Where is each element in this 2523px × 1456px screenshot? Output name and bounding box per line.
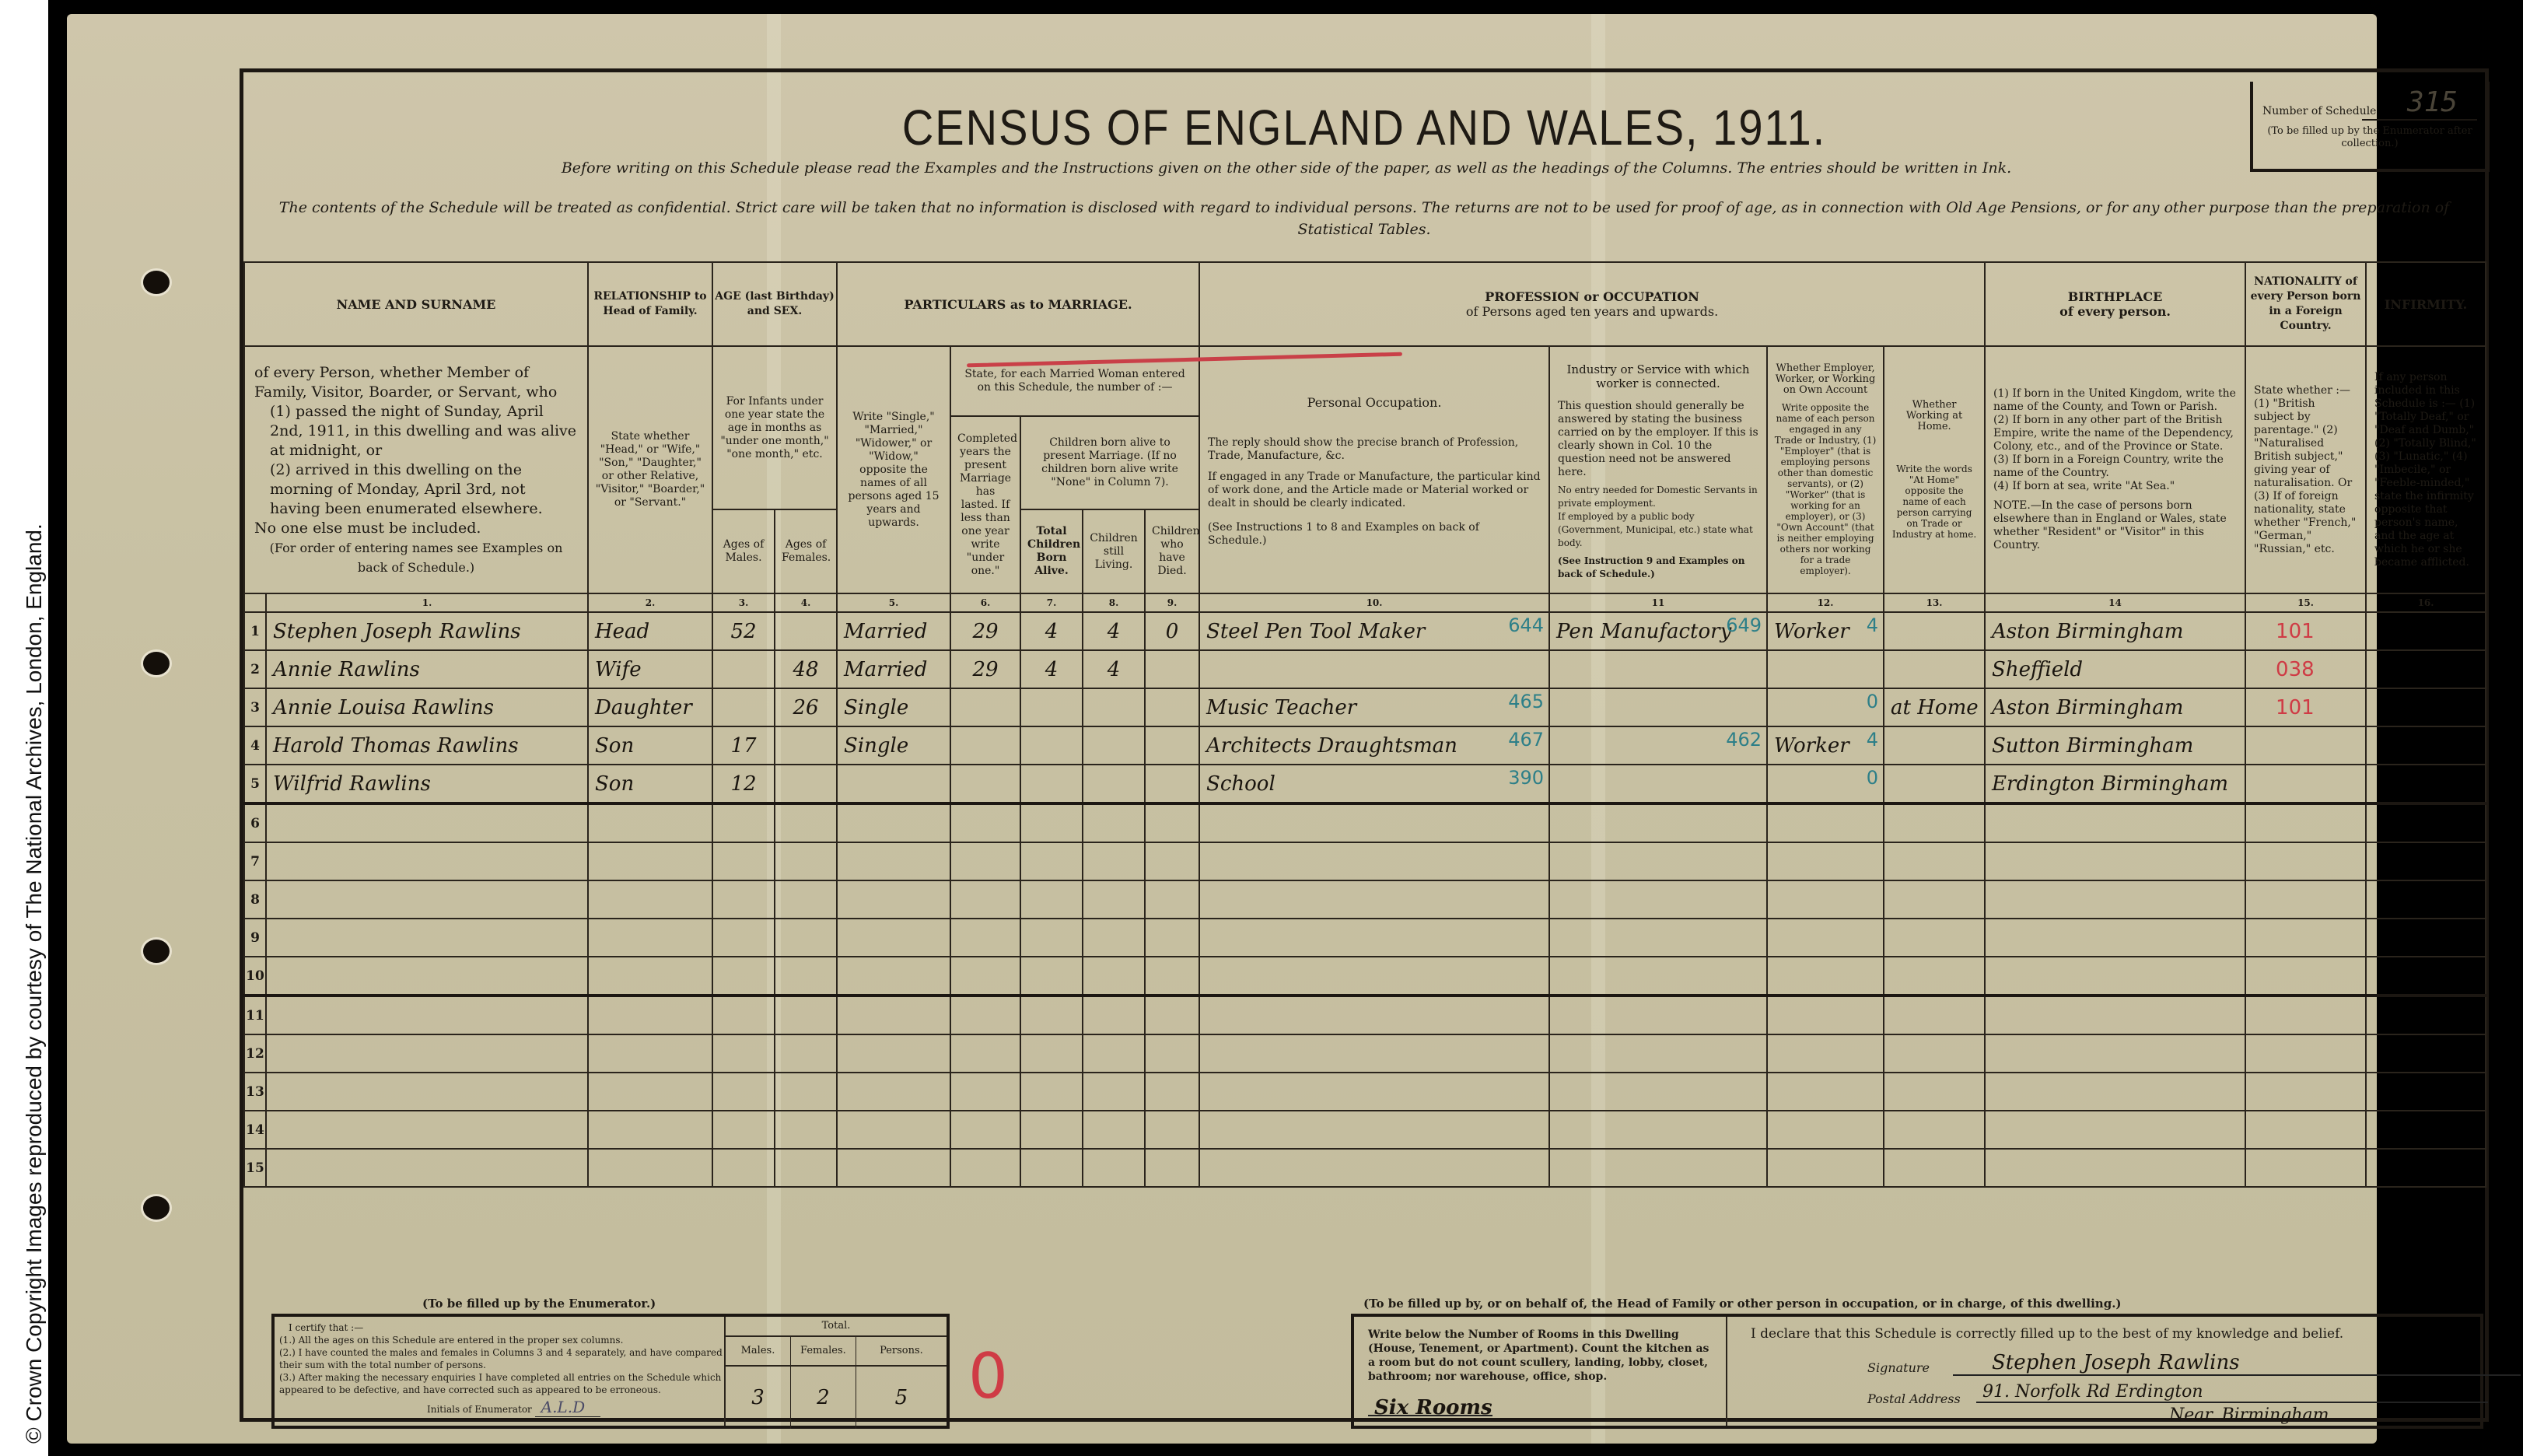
birthplace-inst-4: (4) If born at sea, write "At Sea." — [1993, 480, 2237, 493]
industry-cell — [1549, 919, 1767, 957]
marriage-years-cell-value: 29 — [972, 658, 998, 681]
married-woman-instructions: State, for each Married Woman entered on… — [950, 346, 1199, 416]
children-total-cell — [1020, 880, 1083, 919]
table-row: 6 — [244, 803, 2486, 842]
children-living-cell — [1083, 1073, 1145, 1111]
column-number: 9. — [1145, 593, 1199, 612]
name-inst-4: No one else must be included. — [254, 519, 578, 538]
relationship-cell — [588, 996, 712, 1034]
personal-occupation-inst-1: The reply should show the precise branch… — [1208, 436, 1541, 463]
employer-cell — [1767, 996, 1884, 1034]
children-living-cell-value: 4 — [1108, 658, 1121, 681]
column-number-row: 1. 2. 3. 4. 5. 6. 7. 8. 9. 10. 11 12. 13… — [244, 593, 2486, 612]
name-cell-value: Annie Louisa Rawlins — [273, 696, 494, 719]
personal-occupation-inst-2: If engaged in any Trade or Manufacture, … — [1208, 471, 1541, 510]
marriage-years-cell — [950, 1034, 1020, 1073]
punch-hole-icon — [143, 271, 170, 294]
at-home-cell — [1884, 996, 1985, 1034]
children-total-cell — [1020, 1111, 1083, 1149]
row-number: 1 — [244, 612, 266, 650]
relationship-cell — [588, 842, 712, 880]
infirmity-cell — [2366, 1149, 2486, 1187]
relationship-cell — [588, 1073, 712, 1111]
employer-cell — [1767, 803, 1884, 842]
relationship-cell — [588, 803, 712, 842]
table-row: 5Wilfrid RawlinsSon12School3900Erdington… — [244, 765, 2486, 803]
occupation-cell: School390 — [1199, 765, 1549, 803]
industry-cell — [1549, 1034, 1767, 1073]
birthplace-cell — [1985, 1149, 2245, 1187]
row-number: 4 — [244, 726, 266, 765]
at-home-inst: Write the words "At Home" opposite the n… — [1891, 464, 1978, 540]
at-home-cell-value: at Home — [1891, 696, 1979, 719]
birthplace-cell — [1985, 1034, 2245, 1073]
industry-cell — [1549, 1073, 1767, 1111]
industry-title: Industry or Service with which worker is… — [1558, 359, 1758, 394]
children-total-cell — [1020, 726, 1083, 765]
marriage-years-cell: 29 — [950, 650, 1020, 688]
birthplace-cell: Erdington Birmingham — [1985, 765, 2245, 803]
children-total-cell — [1020, 957, 1083, 996]
column-number: 12. — [1767, 593, 1884, 612]
relationship-cell: Wife — [588, 650, 712, 688]
marriage-status-cell-value: Married — [844, 620, 927, 643]
employer-col: Whether Employer, Worker, or Working on … — [1767, 346, 1884, 593]
industry-cell — [1549, 957, 1767, 996]
industry-cell — [1549, 996, 1767, 1034]
infirmity-cell — [2366, 803, 2486, 842]
children-living-cell — [1083, 957, 1145, 996]
females-total: 2 — [791, 1367, 856, 1429]
nationality-cell-value: 101 — [2252, 620, 2315, 643]
employer-cell — [1767, 1111, 1884, 1149]
at-home-cell — [1884, 919, 1985, 957]
employer-cell-value: Worker — [1774, 734, 1849, 758]
nationality-cell-value — [2252, 1004, 2276, 1027]
punch-hole-icon — [143, 940, 170, 963]
females-label: Females. — [791, 1337, 856, 1365]
children-died-header: Children who have Died. — [1145, 509, 1199, 593]
rooms-value: Six Rooms — [1368, 1401, 1492, 1416]
at-home-cell: at Home — [1884, 688, 1985, 726]
header-infirmity: INFIRMITY. — [2366, 262, 2486, 346]
children-total-cell-value: 4 — [1045, 620, 1059, 643]
header-profession-title: PROFESSION or OCCUPATION — [1200, 289, 1984, 304]
at-home-cell — [1884, 1149, 1985, 1187]
table-row: 13 — [244, 1073, 2486, 1111]
males-label: Males. — [726, 1337, 791, 1365]
nationality-cell-value: 038 — [2252, 658, 2315, 681]
occupation-cell: Music Teacher465 — [1199, 688, 1549, 726]
children-living-cell-value: 4 — [1108, 620, 1121, 643]
children-total-cell-value: 4 — [1045, 658, 1059, 681]
industry-cell — [1549, 880, 1767, 919]
birthplace-cell — [1985, 996, 2245, 1034]
children-died-cell — [1145, 996, 1199, 1034]
header-nationality: NATIONALITY of every Person born in a Fo… — [2245, 262, 2366, 346]
age-females-cell — [775, 803, 837, 842]
children-living-cell — [1083, 688, 1145, 726]
marriage-status-cell: Single — [837, 726, 950, 765]
table-row: 11 — [244, 996, 2486, 1034]
children-died-cell — [1145, 1149, 1199, 1187]
personal-occupation-col: Personal Occupation. The reply should sh… — [1199, 346, 1549, 593]
at-home-cell — [1884, 1073, 1985, 1111]
birthplace-cell — [1985, 919, 2245, 957]
column-number: 7. — [1020, 593, 1083, 612]
header-birthplace-sub: of every person. — [1986, 304, 2245, 319]
row-number: 14 — [244, 1111, 266, 1149]
confidential-notice: The contents of the Schedule will be tre… — [243, 197, 2485, 240]
marriage-years-cell — [950, 765, 1020, 803]
marriage-years-cell — [950, 880, 1020, 919]
classification-code: 467 — [1508, 729, 1544, 751]
nationality-cell-value — [2252, 812, 2276, 835]
relationship-instructions: State whether "Head," or "Wife," "Son," … — [588, 346, 712, 593]
row-number: 5 — [244, 765, 266, 803]
age-females-cell — [775, 842, 837, 880]
relationship-cell-value: Head — [595, 620, 649, 643]
occupation-cell — [1199, 1073, 1549, 1111]
enumerator-box: I certify that :— (1.) All the ages on t… — [271, 1314, 950, 1429]
column-number: 1. — [266, 593, 588, 612]
birthplace-cell-value: Sheffield — [1992, 658, 2083, 681]
row-number: 12 — [244, 1034, 266, 1073]
birthplace-inst-3: (3) If born in a Foreign Country, write … — [1993, 453, 2237, 480]
employer-cell — [1767, 957, 1884, 996]
occupation-cell: Steel Pen Tool Maker644 — [1199, 612, 1549, 650]
age-females-cell — [775, 612, 837, 650]
row-number: 3 — [244, 688, 266, 726]
name-cell — [266, 919, 588, 957]
name-cell — [266, 1149, 588, 1187]
marriage-status-cell-value: Single — [844, 696, 908, 719]
name-cell — [266, 803, 588, 842]
enumerator-title: (To be filled up by the Enumerator.) — [422, 1297, 656, 1311]
occupation-cell — [1199, 996, 1549, 1034]
row-number: 11 — [244, 996, 266, 1034]
postal-address-label: Postal Address — [1867, 1391, 1961, 1406]
occupation-cell — [1199, 957, 1549, 996]
age-females-cell — [775, 880, 837, 919]
children-living-header: Children still Living. — [1083, 509, 1145, 593]
children-died-cell-value: 0 — [1166, 620, 1179, 643]
industry-cell — [1549, 1111, 1767, 1149]
column-number: 6. — [950, 593, 1020, 612]
name-inst-2: (1) passed the night of Sunday, April 2n… — [254, 402, 578, 460]
copyright-text: © Crown Copyright Images reproduced by c… — [22, 523, 47, 1444]
personal-occupation-inst-3: (See Instructions 1 to 8 and Examples on… — [1208, 521, 1541, 548]
ages-males-header: Ages of Males. — [712, 509, 775, 593]
males-total: 3 — [726, 1367, 791, 1429]
column-number: 3. — [712, 593, 775, 612]
children-total-cell — [1020, 996, 1083, 1034]
at-home-cell — [1884, 650, 1985, 688]
employer-cell — [1767, 880, 1884, 919]
children-living-cell — [1083, 1034, 1145, 1073]
employer-cell — [1767, 1073, 1884, 1111]
signature-label: Signature — [1867, 1360, 1930, 1375]
occupation-cell-value: Architects Draughtsman — [1206, 734, 1457, 758]
nationality-cell-value — [2252, 772, 2276, 796]
infirmity-cell — [2366, 612, 2486, 650]
age-females-cell — [775, 726, 837, 765]
children-died-cell — [1145, 650, 1199, 688]
rooms-section: Write below the Number of Rooms in this … — [1354, 1317, 1727, 1426]
name-cell — [266, 1111, 588, 1149]
classification-code: 4 — [1867, 729, 1878, 751]
occupation-cell — [1199, 803, 1549, 842]
schedule-number-line — [2362, 119, 2477, 121]
schedule-number-note: (To be filled up by the Enumerator after… — [2261, 125, 2479, 150]
persons-total: 5 — [856, 1367, 947, 1429]
copyright-strip: © Crown Copyright Images reproduced by c… — [0, 0, 48, 1456]
completed-years-header: Completed years the present Marriage has… — [950, 416, 1020, 593]
age-males-cell — [712, 1111, 775, 1149]
table-row: 1Stephen Joseph RawlinsHead52Married2944… — [244, 612, 2486, 650]
nationality-cell: 038 — [2245, 650, 2366, 688]
children-living-cell — [1083, 1111, 1145, 1149]
marriage-years-cell — [950, 688, 1020, 726]
classification-code: 4 — [1867, 614, 1878, 636]
children-died-cell — [1145, 957, 1199, 996]
age-females-cell — [775, 765, 837, 803]
marriage-write-instructions: Write "Single," "Married," "Widower," or… — [837, 346, 950, 593]
marriage-years-cell — [950, 726, 1020, 765]
age-males-cell — [712, 803, 775, 842]
classification-code: 649 — [1726, 614, 1762, 636]
name-instructions: of every Person, whether Member of Famil… — [244, 346, 588, 593]
nationality-cell: 101 — [2245, 688, 2366, 726]
children-died-cell — [1145, 1034, 1199, 1073]
relationship-cell — [588, 1034, 712, 1073]
table-row: 15 — [244, 1149, 2486, 1187]
infirmity-cell — [2366, 880, 2486, 919]
infirmity-cell — [2366, 1034, 2486, 1073]
occupation-cell — [1199, 880, 1549, 919]
children-died-cell — [1145, 1111, 1199, 1149]
marriage-status-cell: Married — [837, 650, 950, 688]
table-row: 10 — [244, 957, 2486, 996]
age-females-cell-value: 48 — [793, 658, 818, 681]
infirmity-cell — [2366, 957, 2486, 996]
industry-cell — [1549, 688, 1767, 726]
children-total-cell — [1020, 688, 1083, 726]
nationality-cell-value — [2252, 734, 2276, 758]
nationality-cell-value — [2252, 1157, 2276, 1180]
birthplace-cell: Sutton Birmingham — [1985, 726, 2245, 765]
birthplace-cell: Aston Birmingham — [1985, 612, 2245, 650]
occupation-cell: Architects Draughtsman467 — [1199, 726, 1549, 765]
birthplace-cell — [1985, 803, 2245, 842]
nationality-cell-value — [2252, 1042, 2276, 1066]
occupation-cell-value: School — [1206, 772, 1275, 796]
nationality-cell — [2245, 880, 2366, 919]
occupation-cell — [1199, 842, 1549, 880]
name-cell — [266, 842, 588, 880]
header-profession-sub: of Persons aged ten years and upwards. — [1200, 304, 1984, 319]
children-born-header: Children born alive to present Marriage.… — [1020, 416, 1199, 509]
persons-label: Persons. — [856, 1337, 947, 1365]
row-number: 2 — [244, 650, 266, 688]
marriage-status-cell: Married — [837, 612, 950, 650]
employer-cell — [1767, 1034, 1884, 1073]
nationality-cell — [2245, 919, 2366, 957]
infirmity-instructions: If any person included in this Schedule … — [2366, 346, 2486, 593]
table-row: 9 — [244, 919, 2486, 957]
employer-cell — [1767, 1149, 1884, 1187]
nationality-cell — [2245, 803, 2366, 842]
at-home-title: Whether Working at Home. — [1891, 400, 1978, 432]
postal-address-line2: Near. Birmingham — [2163, 1405, 2329, 1425]
birthplace-note: NOTE.—In the case of persons born elsewh… — [1993, 499, 2237, 552]
marriage-years-cell — [950, 842, 1020, 880]
infirmity-cell — [2366, 688, 2486, 726]
age-females-cell — [775, 1111, 837, 1149]
age-males-cell: 52 — [712, 612, 775, 650]
occupation-cell-value: Steel Pen Tool Maker — [1206, 620, 1425, 643]
schedule-number-box: Number of Schedule 315 (To be filled up … — [2250, 82, 2490, 172]
marriage-status-cell — [837, 919, 950, 957]
nationality-cell — [2245, 1111, 2366, 1149]
age-females-cell — [775, 919, 837, 957]
marriage-years-cell — [950, 919, 1020, 957]
industry-cell: 462 — [1549, 726, 1767, 765]
children-died-cell — [1145, 726, 1199, 765]
marriage-status-cell — [837, 1111, 950, 1149]
name-cell — [266, 1034, 588, 1073]
relationship-cell: Head — [588, 612, 712, 650]
children-total-cell — [1020, 919, 1083, 957]
relationship-cell-value: Son — [595, 734, 634, 758]
birthplace-inst-1: (1) If born in the United Kingdom, write… — [1993, 387, 2237, 414]
marriage-years-cell-value: 29 — [972, 620, 998, 643]
name-inst-5: (For order of entering names see Example… — [254, 538, 578, 577]
at-home-cell — [1884, 803, 1985, 842]
at-home-cell — [1884, 1034, 1985, 1073]
age-males-cell — [712, 919, 775, 957]
nationality-instructions: State whether :— (1) "British subject by… — [2245, 346, 2366, 593]
at-home-cell — [1884, 726, 1985, 765]
nationality-cell — [2245, 842, 2366, 880]
industry-cell — [1549, 650, 1767, 688]
children-total-cell — [1020, 803, 1083, 842]
nationality-cell-value — [2252, 850, 2276, 873]
row-number: 10 — [244, 957, 266, 996]
header-age: AGE (last Birthday) and SEX. — [712, 262, 837, 346]
employer-cell — [1767, 650, 1884, 688]
nationality-cell — [2245, 1034, 2366, 1073]
marriage-status-cell — [837, 957, 950, 996]
marriage-years-cell — [950, 1149, 1020, 1187]
birthplace-cell — [1985, 842, 2245, 880]
table-row: 3Annie Louisa RawlinsDaughter26SingleMus… — [244, 688, 2486, 726]
nationality-cell — [2245, 765, 2366, 803]
age-males-cell-value: 52 — [730, 620, 756, 643]
total-children-header: Total Children Born Alive. — [1020, 509, 1083, 593]
name-cell — [266, 957, 588, 996]
marriage-years-cell — [950, 803, 1020, 842]
birthplace-cell-value: Erdington Birmingham — [1992, 772, 2228, 796]
marriage-status-cell-value: Married — [844, 658, 927, 681]
column-number: 11 — [1549, 593, 1767, 612]
children-living-cell: 4 — [1083, 612, 1145, 650]
marriage-years-cell — [950, 1073, 1020, 1111]
column-number: 10. — [1199, 593, 1549, 612]
children-died-cell — [1145, 919, 1199, 957]
employer-inst: Write opposite the name of each person e… — [1774, 402, 1877, 576]
marriage-status-cell — [837, 1149, 950, 1187]
employer-cell: 0 — [1767, 765, 1884, 803]
children-living-cell — [1083, 726, 1145, 765]
header-birthplace: BIRTHPLACE of every person. — [1985, 262, 2245, 346]
relationship-cell — [588, 1111, 712, 1149]
age-females-cell — [775, 957, 837, 996]
row-number: 8 — [244, 880, 266, 919]
marriage-status-cell — [837, 842, 950, 880]
enumerator-totals: Total. Males. Females. Persons. 3 2 5 — [724, 1317, 947, 1426]
children-living-cell — [1083, 1149, 1145, 1187]
age-males-cell — [712, 650, 775, 688]
classification-code: 465 — [1508, 691, 1544, 712]
classification-code: 390 — [1508, 767, 1544, 789]
children-total-cell — [1020, 1034, 1083, 1073]
ages-females-header: Ages of Females. — [775, 509, 837, 593]
occupation-cell-value: Music Teacher — [1206, 696, 1356, 719]
name-cell — [266, 996, 588, 1034]
nationality-cell-value — [2252, 1118, 2276, 1142]
age-females-cell-value: 26 — [793, 696, 818, 719]
age-females-cell — [775, 1149, 837, 1187]
row-number: 9 — [244, 919, 266, 957]
relationship-cell-value: Son — [595, 772, 634, 796]
children-total-cell: 4 — [1020, 612, 1083, 650]
name-inst-3: (2) arrived in this dwelling on the morn… — [254, 460, 578, 519]
at-home-cell — [1884, 880, 1985, 919]
industry-inst-4: (See Instruction 9 and Examples on back … — [1558, 555, 1758, 581]
name-cell-value: Wilfrid Rawlins — [273, 772, 431, 796]
employer-cell: 0 — [1767, 688, 1884, 726]
bottom-section: (To be filled up by the Enumerator.) I c… — [243, 1297, 2485, 1413]
personal-occupation-title: Personal Occupation. — [1208, 393, 1541, 413]
children-died-cell — [1145, 688, 1199, 726]
enumerator-certification: I certify that :— (1.) All the ages on t… — [279, 1321, 723, 1416]
employer-cell — [1767, 919, 1884, 957]
occupation-cell — [1199, 1111, 1549, 1149]
relationship-cell-value: Wife — [595, 658, 642, 681]
name-cell-value: Harold Thomas Rawlins — [273, 734, 519, 758]
punch-hole-icon — [143, 652, 170, 675]
header-birthplace-title: BIRTHPLACE — [1986, 289, 2245, 304]
industry-cell — [1549, 1149, 1767, 1187]
children-total-cell — [1020, 1149, 1083, 1187]
header-name: NAME AND SURNAME — [244, 262, 588, 346]
birthplace-cell-value: Aston Birmingham — [1992, 696, 2183, 719]
age-males-cell — [712, 1034, 775, 1073]
children-died-cell — [1145, 1073, 1199, 1111]
schedule-number-label: Number of Schedule — [2262, 105, 2376, 117]
name-cell: Harold Thomas Rawlins — [266, 726, 588, 765]
infirmity-cell — [2366, 842, 2486, 880]
children-living-cell — [1083, 803, 1145, 842]
marriage-status-cell: Single — [837, 688, 950, 726]
column-number: 2. — [588, 593, 712, 612]
total-label: Total. — [726, 1317, 947, 1337]
table-row: 4Harold Thomas RawlinsSon17SingleArchite… — [244, 726, 2486, 765]
age-instructions: For Infants under one year state the age… — [712, 346, 837, 509]
age-males-cell-value: 12 — [730, 772, 756, 796]
relationship-cell — [588, 880, 712, 919]
